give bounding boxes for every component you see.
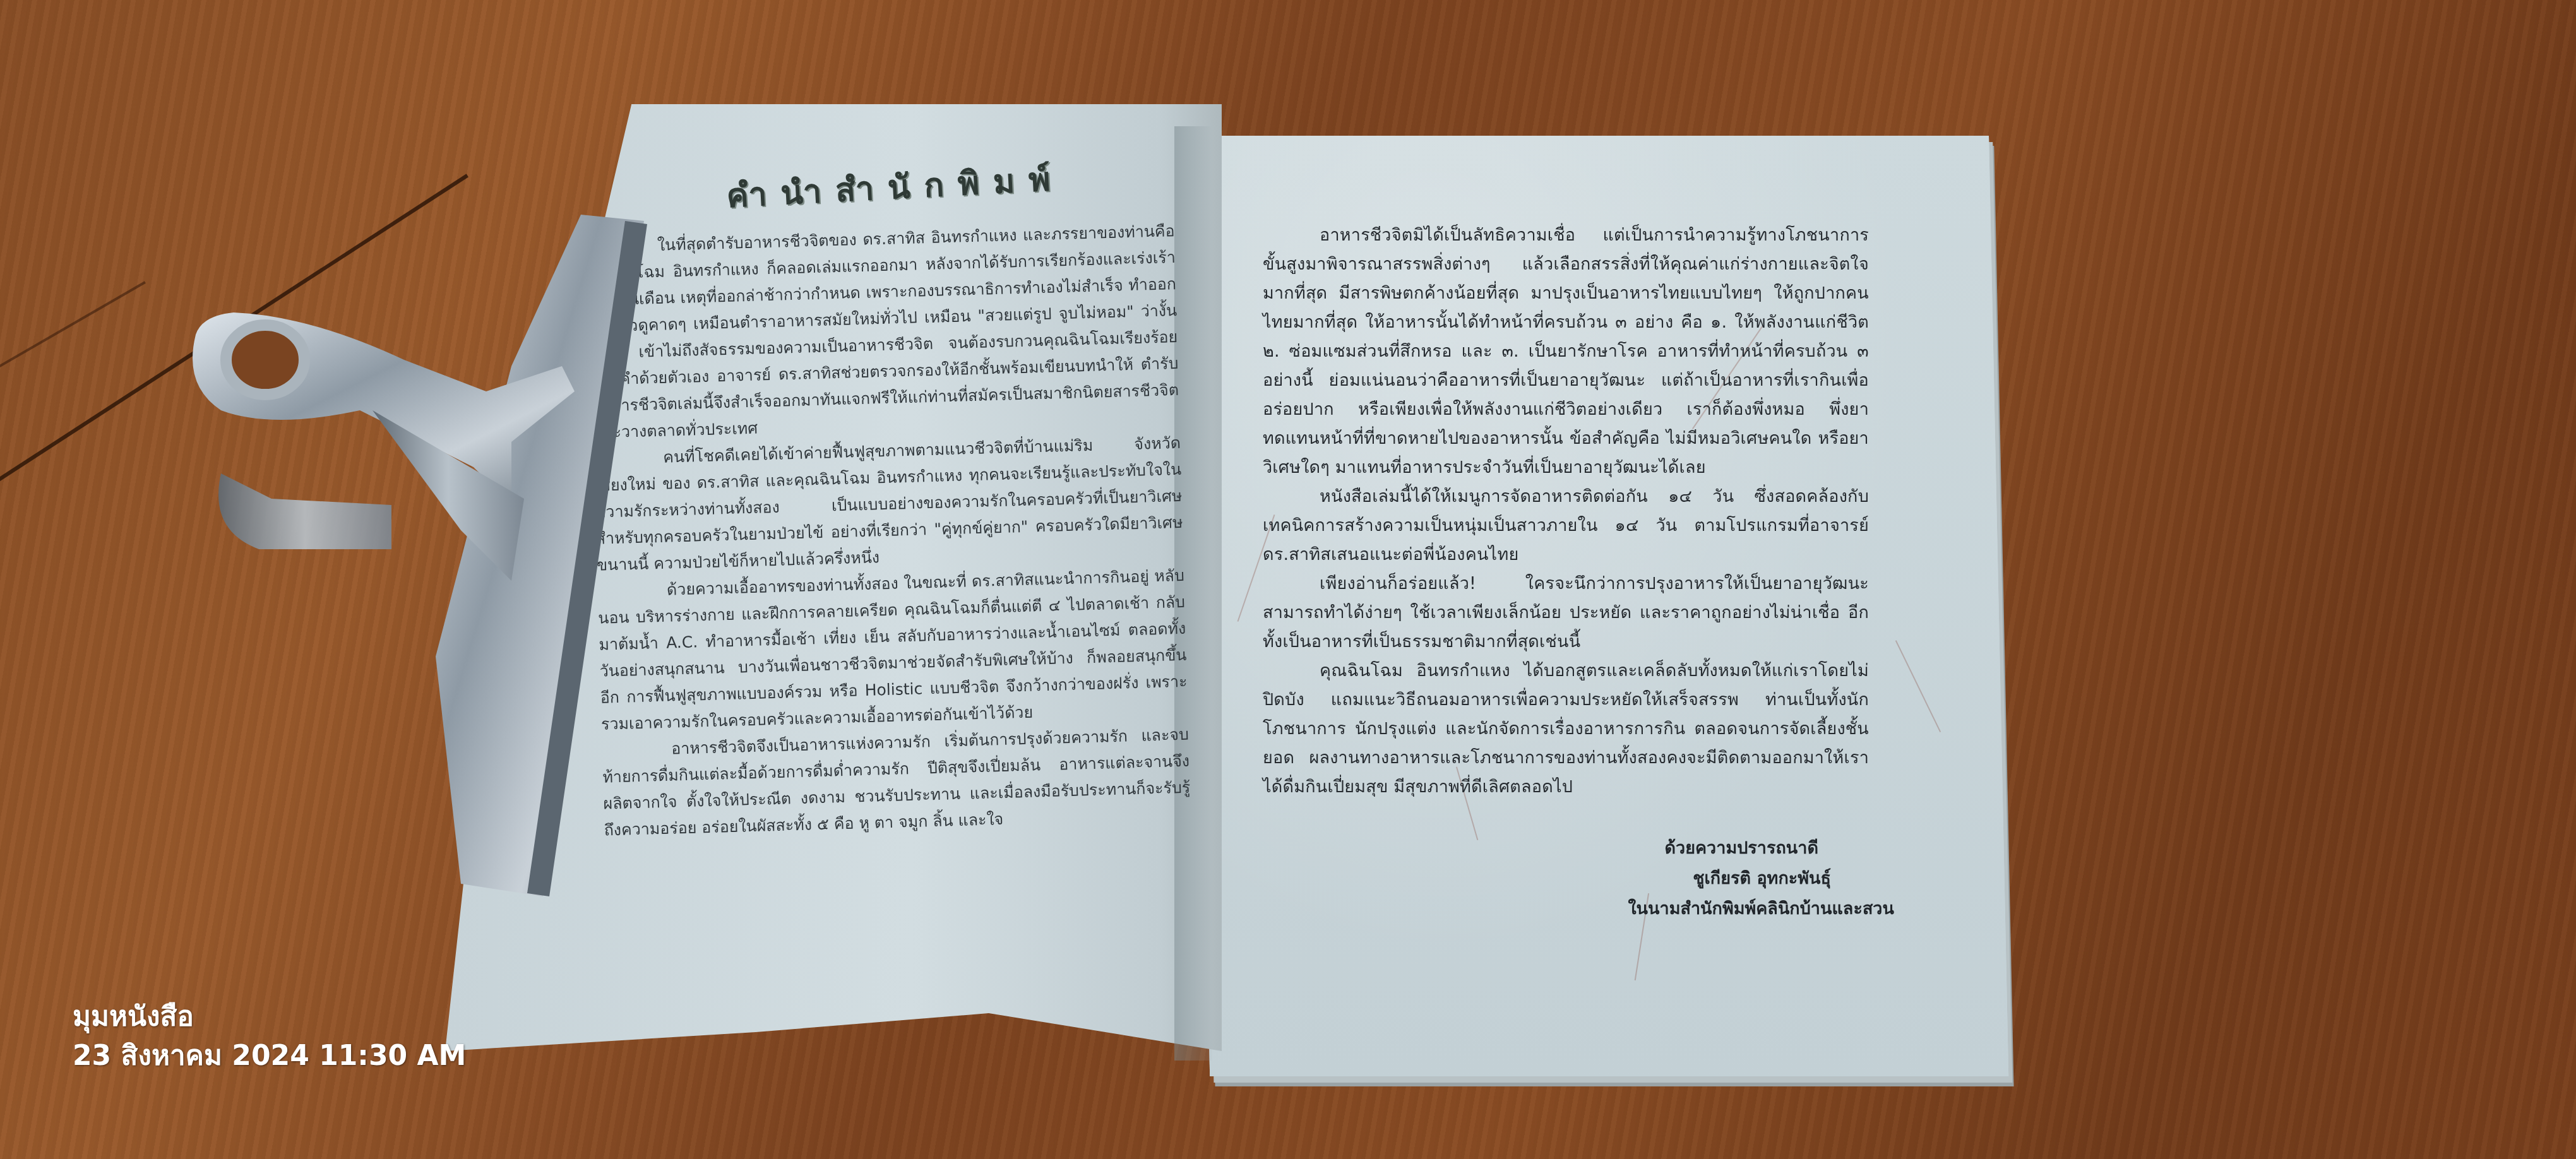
- signature-org: ในนามสำนักพิมพ์คลินิกบ้านและสวน: [1591, 894, 1894, 924]
- right-page-text: อาหารชีวจิตมิได้เป็นลัทธิความเชื่อ แต่เป…: [1263, 221, 1869, 802]
- watermark-timestamp: 23 สิงหาคม 2024 11:30 AM: [73, 1037, 466, 1076]
- photo-watermark: มุมหนังสือ 23 สิงหาคม 2024 11:30 AM: [73, 997, 466, 1076]
- paragraph: ด้วยความเอื้ออาทรของท่านทั้งสอง ในขณะที่…: [597, 562, 1189, 738]
- signature-name: ชูเกียรติ อุทกะพันธุ์: [1591, 864, 1831, 894]
- paragraph: เพียงอ่านก็อร่อยแล้ว! ใครจะนึกว่าการปรุง…: [1263, 569, 1869, 657]
- table-crack: [0, 281, 146, 377]
- bulldog-clip-icon: [183, 202, 663, 909]
- paragraph: อาหารชีวจิตมิได้เป็นลัทธิความเชื่อ แต่เป…: [1263, 221, 1869, 482]
- watermark-location: มุมหนังสือ: [73, 997, 466, 1037]
- signature-block: ด้วยความปรารถนาดี ชูเกียรติ อุทกะพันธุ์ …: [1591, 833, 1894, 924]
- paragraph: คนที่โชคดีเคยได้เข้าค่ายฟื้นฟูสุขภาพตามแ…: [593, 430, 1184, 579]
- signature-closing: ด้วยความปรารถนาดี: [1591, 833, 1818, 864]
- paragraph: ในที่สุดตำรับอาหารชีวจิตของ ดร.สาทิส อิน…: [587, 218, 1180, 446]
- left-page-text: ในที่สุดตำรับอาหารชีวจิตของ ดร.สาทิส อิน…: [587, 218, 1191, 844]
- paragraph: คุณฉินโฉม อินทรกำแหง ได้บอกสูตรและเคล็ดล…: [1263, 657, 1869, 802]
- paragraph: หนังสือเล่มนี้ได้ให้เมนูการจัดอาหารติดต่…: [1263, 482, 1869, 569]
- paragraph: อาหารชีวจิตจึงเป็นอาหารแห่งความรัก เริ่ม…: [602, 722, 1191, 844]
